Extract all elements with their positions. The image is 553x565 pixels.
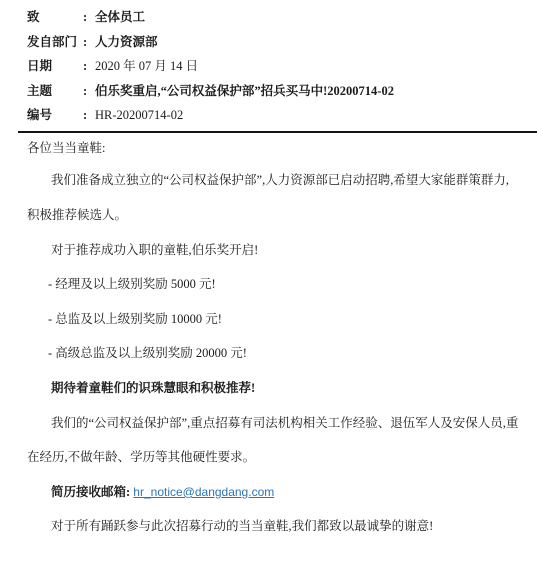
paragraph-thanks: 对于所有踊跃参与此次招募行动的当当童鞋,我们都致以最诚挚的谢意! xyxy=(27,509,540,544)
salutation: 各位当当童鞋: xyxy=(27,133,540,163)
header-row-date: 日期 : 2020 年 07 月 14 日 xyxy=(27,54,540,79)
bullet-senior-director-reward: - 高级总监及以上级别奖励 20000 元! xyxy=(27,336,540,371)
colon-separator: : xyxy=(83,79,95,104)
to-value: 全体员工 xyxy=(95,5,145,30)
memo-document: 致 : 全体员工 发自部门 : 人力资源部 日期 : 2020 年 07 月 1… xyxy=(0,0,553,565)
email-label: 简历接收邮箱: xyxy=(51,485,130,499)
colon-separator: : xyxy=(83,54,95,79)
paragraph-award: 对于推荐成功入职的童鞋,伯乐奖开启! xyxy=(27,233,540,268)
header-row-ref-number: 编号 : HR-20200714-02 xyxy=(27,103,540,128)
date-value: 2020 年 07 月 14 日 xyxy=(95,54,198,79)
colon-separator: : xyxy=(83,5,95,30)
paragraph-intro-line1: 我们准备成立独立的“公司权益保护部”,人力资源部已启动招聘,希望大家能群策群力, xyxy=(27,163,540,198)
memo-header: 致 : 全体员工 发自部门 : 人力资源部 日期 : 2020 年 07 月 1… xyxy=(27,5,540,128)
subject-label: 主题 xyxy=(27,79,83,104)
bullet-director-reward: - 总监及以上级别奖励 10000 元! xyxy=(27,302,540,337)
colon-separator: : xyxy=(83,30,95,55)
to-label: 致 xyxy=(27,5,83,30)
bullet-manager-reward: - 经理及以上级别奖励 5000 元! xyxy=(27,267,540,302)
paragraph-expect: 期待着童鞋们的识珠慧眼和积极推荐! xyxy=(27,371,540,406)
ref-number-label: 编号 xyxy=(27,103,83,128)
email-line: 简历接收邮箱: hr_notice@dangdang.com xyxy=(27,475,540,510)
from-dept-value: 人力资源部 xyxy=(95,30,158,55)
ref-number-value: HR-20200714-02 xyxy=(95,103,183,128)
header-row-to: 致 : 全体员工 xyxy=(27,5,540,30)
email-link[interactable]: hr_notice@dangdang.com xyxy=(133,485,274,499)
header-row-from-dept: 发自部门 : 人力资源部 xyxy=(27,30,540,55)
subject-value: 伯乐奖重启,“公司权益保护部”招兵买马中!20200714-02 xyxy=(95,79,394,104)
colon-separator: : xyxy=(83,103,95,128)
date-label: 日期 xyxy=(27,54,83,79)
paragraph-recruit-line2: 在经历,不做年龄、学历等其他硬性要求。 xyxy=(27,440,540,475)
paragraph-recruit-line1: 我们的“公司权益保护部”,重点招募有司法机构相关工作经验、退伍军人及安保人员,重 xyxy=(27,406,540,441)
header-row-subject: 主题 : 伯乐奖重启,“公司权益保护部”招兵买马中!20200714-02 xyxy=(27,79,540,104)
memo-body: 各位当当童鞋: 我们准备成立独立的“公司权益保护部”,人力资源部已启动招聘,希望… xyxy=(27,133,540,544)
paragraph-intro-line2: 积极推荐候选人。 xyxy=(27,198,540,233)
from-dept-label: 发自部门 xyxy=(27,30,83,55)
